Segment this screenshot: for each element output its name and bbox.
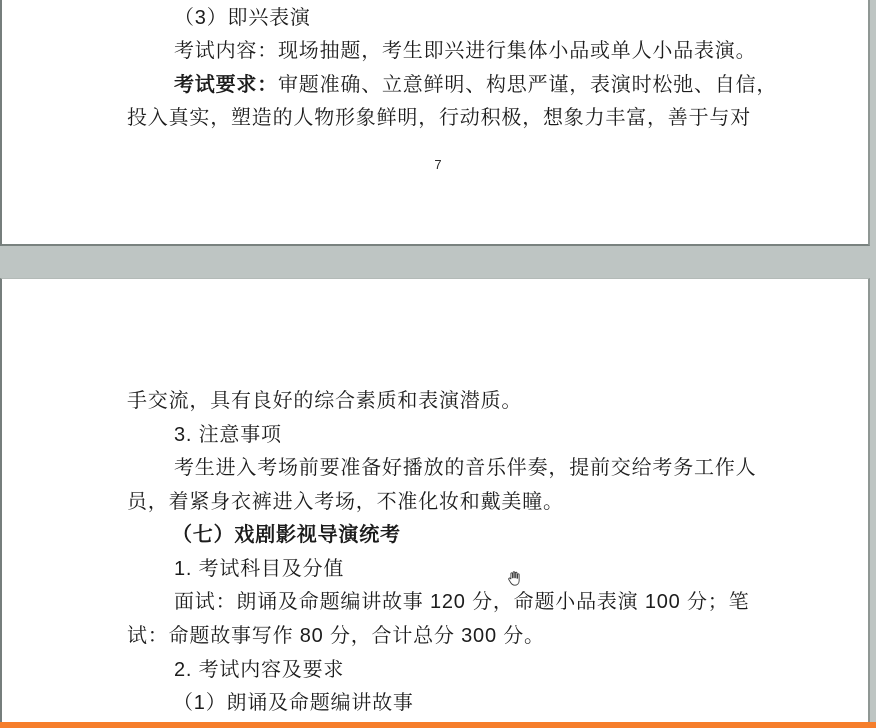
text-line: 员，着紧身衣裤进入考场，不准化妆和戴美瞳。 — [127, 490, 564, 514]
paragraph-text: 投入真实，塑造的人物形象鲜明，行动积极，想象力丰富，善于与对 — [127, 107, 751, 129]
paragraph-text: 试：命题故事写作 80 分，合计总分 300 分。 — [127, 625, 545, 647]
paragraph-text: 员，着紧身衣裤进入考场，不准化妆和戴美瞳。 — [127, 491, 564, 513]
text-line: 考试要求：审题准确、立意鲜明、构思严谨，表演时松弛、自信， — [174, 73, 777, 97]
paragraph-bold-lead: 考试要求： — [174, 74, 278, 96]
paragraph-text: （1）朗诵及命题编讲故事 — [173, 692, 414, 714]
text-line: （1）朗诵及命题编讲故事 — [173, 691, 414, 715]
paragraph-text: （3）即兴表演 — [174, 7, 311, 29]
text-line: 面试：朗诵及命题编讲故事 120 分，命题小品表演 100 分；笔 — [174, 590, 749, 614]
paragraph-text: 2. 考试内容及要求 — [174, 659, 344, 681]
paragraph-text: 面试：朗诵及命题编讲故事 120 分，命题小品表演 100 分；笔 — [174, 591, 749, 613]
text-line: 投入真实，塑造的人物形象鲜明，行动积极，想象力丰富，善于与对 — [127, 106, 751, 130]
paragraph-text: 3. 注意事项 — [174, 424, 282, 446]
text-line: 手交流，具有良好的综合素质和表演潜质。 — [127, 389, 522, 413]
text-line: 3. 注意事项 — [174, 423, 282, 447]
paragraph-text: 1. 考试科目及分值 — [174, 558, 344, 580]
document-viewer: （3）即兴表演 考试内容：现场抽题，考生即兴进行集体小品或单人小品表演。 考试要… — [0, 0, 876, 728]
paragraph-text: 考试内容：现场抽题，考生即兴进行集体小品或单人小品表演。 — [174, 40, 756, 62]
text-line: 考生进入考场前要准备好播放的音乐伴奏，提前交给考务工作人 — [174, 456, 756, 480]
paragraph-text: 手交流，具有良好的综合素质和表演潜质。 — [127, 390, 522, 412]
text-line: 试：命题故事写作 80 分，合计总分 300 分。 — [127, 624, 545, 648]
text-line: 2. 考试内容及要求 — [174, 658, 344, 682]
section-heading: （七）戏剧影视导演统考 — [172, 523, 401, 547]
text-line: 1. 考试科目及分值 — [174, 557, 344, 581]
heading-text: （七）戏剧影视导演统考 — [172, 524, 401, 546]
text-line: 考试内容：现场抽题，考生即兴进行集体小品或单人小品表演。 — [174, 39, 756, 63]
paragraph-text: 审题准确、立意鲜明、构思严谨，表演时松弛、自信， — [278, 74, 777, 96]
paragraph-text: 考生进入考场前要准备好播放的音乐伴奏，提前交给考务工作人 — [174, 457, 756, 479]
text-line: （3）即兴表演 — [174, 6, 311, 30]
window-edge-bar — [0, 722, 876, 728]
page-number: 7 — [0, 157, 876, 172]
